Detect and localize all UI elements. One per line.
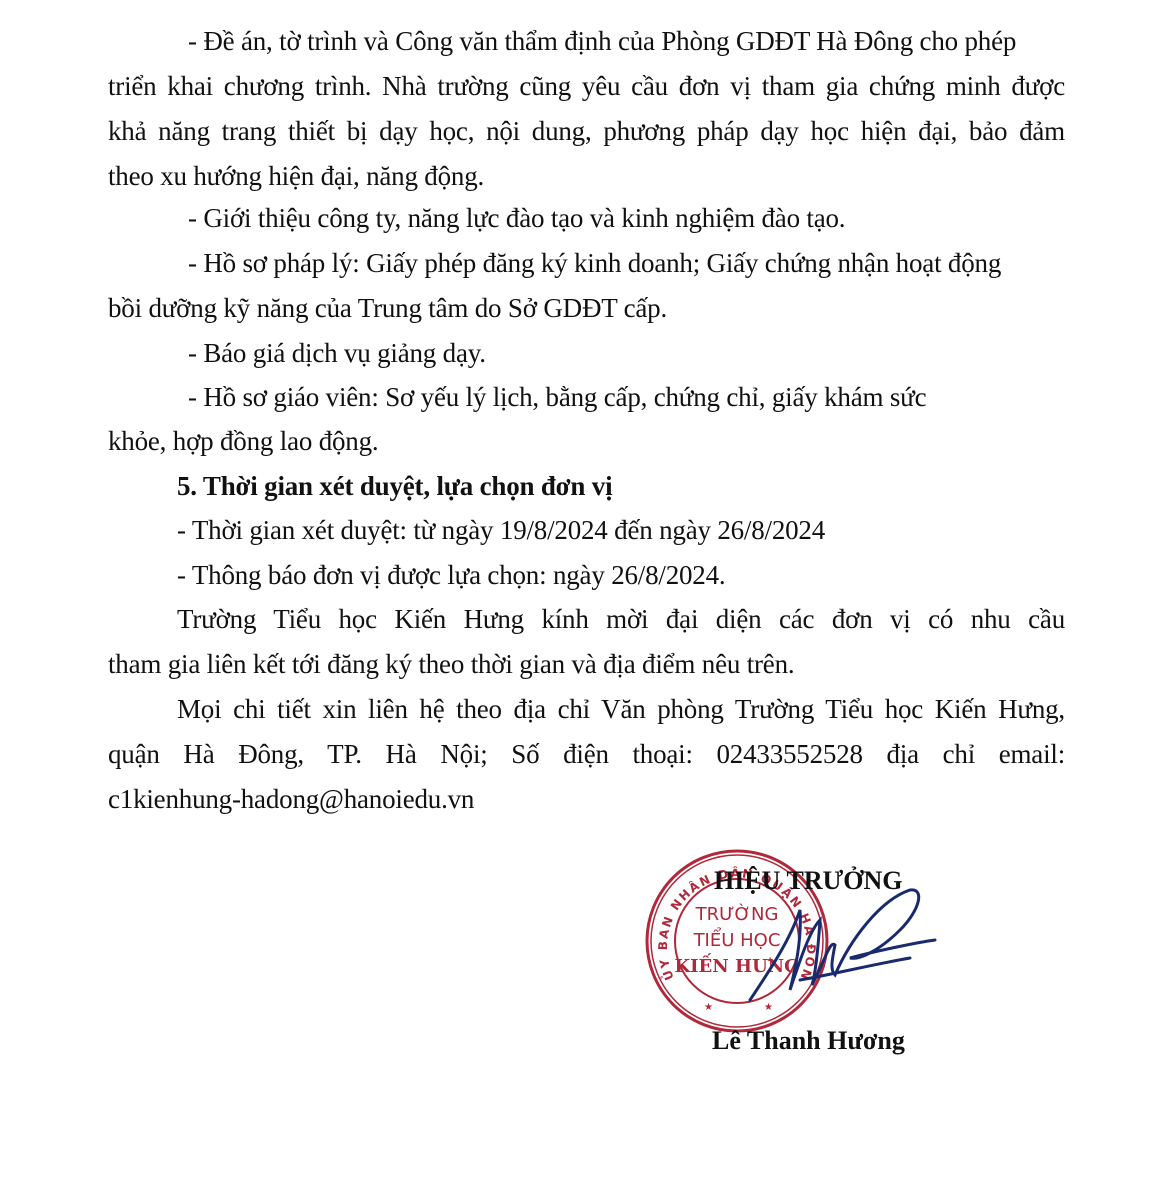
paragraph-1-line-4: theo xu hướng hiện đại, năng động. [108,163,484,190]
section-5-heading: 5. Thời gian xét duyệt, lựa chọn đơn vị [177,473,612,500]
invitation-line-2: tham gia liên kết tới đăng ký theo thời … [108,651,794,678]
invitation-line-1: Trường Tiểu học Kiến Hưng kính mời đại d… [177,606,1065,633]
signer-name: Lê Thanh Hương [712,1026,905,1056]
item-teachers-line-1: - Hồ sơ giáo viên: Sơ yếu lý lịch, bằng … [188,384,926,411]
paragraph-1-line-1: - Đề án, tờ trình và Công văn thẩm định … [188,28,1016,55]
item-company: - Giới thiệu công ty, năng lực đào tạo v… [188,205,845,232]
item-teachers-line-2: khỏe, hợp đồng lao động. [108,428,378,455]
contact-line-2: quận Hà Đông, TP. Hà Nội; Số điện thoại:… [108,741,1065,768]
item-legal-line-2: bồi dưỡng kỹ năng của Trung tâm do Sở GD… [108,295,667,322]
item-quote: - Báo giá dịch vụ giảng dạy. [188,340,486,367]
contact-email: c1kienhung-hadong@hanoiedu.vn [108,786,474,813]
contact-line-1: Mọi chi tiết xin liên hệ theo địa chỉ Vă… [177,696,1065,723]
svg-text:★: ★ [704,1002,713,1013]
announce-date: - Thông báo đơn vị được lựa chọn: ngày 2… [177,562,725,589]
review-time: - Thời gian xét duyệt: từ ngày 19/8/2024… [177,517,825,544]
handwritten-signature [740,880,940,1020]
paragraph-1-line-3: khả năng trang thiết bị dạy học, nội dun… [108,118,1065,145]
paragraph-1-line-2: triển khai chương trình. Nhà trường cũng… [108,73,1065,100]
item-legal-line-1: - Hồ sơ pháp lý: Giấy phép đăng ký kinh … [188,250,1001,277]
